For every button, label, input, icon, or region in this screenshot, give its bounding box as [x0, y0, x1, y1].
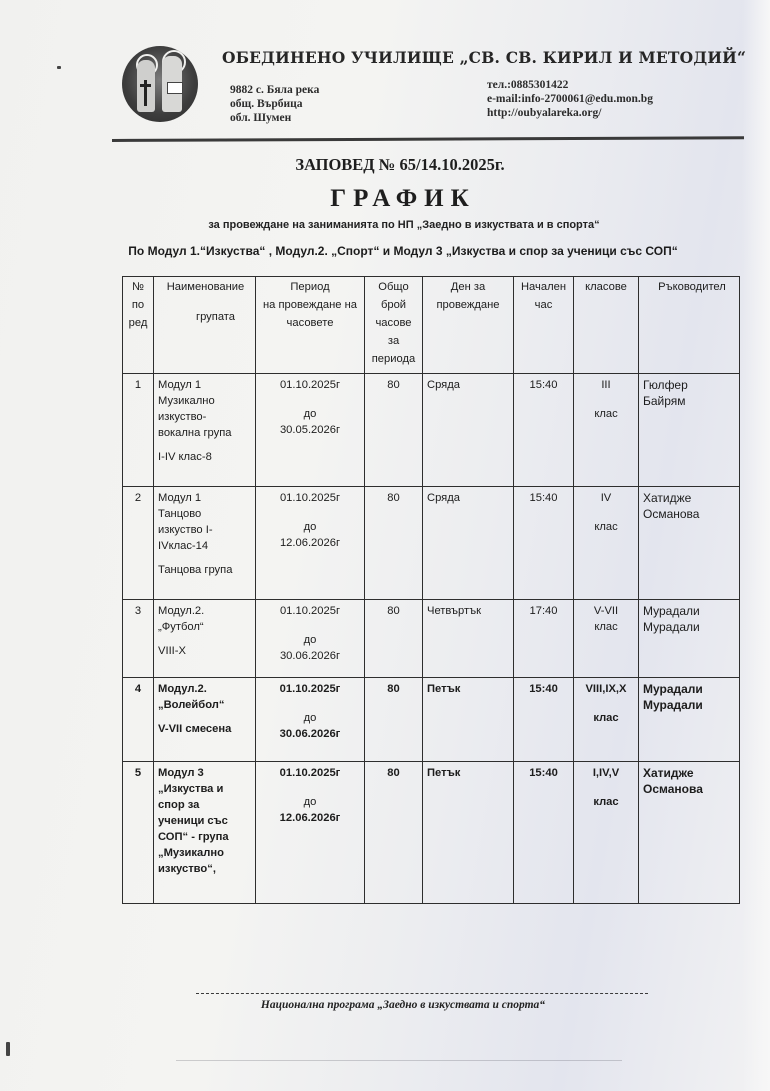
total-hours: 80 [365, 487, 423, 600]
leader-name: ГюлферБайрям [639, 374, 740, 487]
group-name-line: вокална група [158, 425, 251, 441]
classes-word: клас [578, 406, 634, 422]
group-name-line: Модул.2. [158, 603, 251, 619]
row-number: 5 [123, 762, 154, 904]
leader-name-line: Мурадали [643, 681, 735, 697]
group-name-line: СОП“ - група [158, 829, 251, 845]
group-name-extra: VIII-X [158, 643, 251, 659]
leader-name-line: Хатидже [643, 765, 735, 781]
school-address: 9882 с. Бяла река общ. Върбица обл. Шуме… [230, 83, 319, 125]
group-name-line: „Музикално [158, 845, 251, 861]
classes-cell: V-VIIклас [574, 600, 639, 678]
period-to: 30.06.2026г [260, 648, 360, 664]
header-leader: Ръководител [639, 277, 740, 374]
address-line: 9882 с. Бяла река [230, 83, 319, 97]
group-name-line: „Изкуства и [158, 781, 251, 797]
row-number: 3 [123, 600, 154, 678]
header-num: №поред [123, 277, 154, 374]
classes-cell: I,IV,Vклас [574, 762, 639, 904]
day-of-week: Сряда [423, 374, 514, 487]
period-from: 01.10.2025г [260, 377, 360, 393]
schedule-table: №поред Наименованиегрупата Периодна пров… [122, 276, 740, 904]
period-cell: 01.10.2025гдо12.06.2026г [256, 487, 365, 600]
period-from: 01.10.2025г [260, 490, 360, 506]
header-day: Ден запровеждане [423, 277, 514, 374]
bleed-through-rule [176, 1060, 622, 1061]
table-row: 1Модул 1Музикалноизкуство-вокална групаI… [123, 374, 740, 487]
period-to: 12.06.2026г [260, 810, 360, 826]
total-hours: 80 [365, 762, 423, 904]
leader-name-line: Мурадали [643, 603, 735, 619]
leader-name-line: Хатидже [643, 490, 735, 506]
table-row: 2Модул 1Танцовоизкуство I-IVклас-14Танцо… [123, 487, 740, 600]
group-name-line: „Волейбол“ [158, 697, 251, 713]
school-contacts: тел.:0885301422 e-mail:info-2700061@edu.… [487, 78, 653, 120]
period-to-word: до [260, 632, 360, 648]
school-name: ОБЕДИНЕНО УЧИЛИЩЕ „СВ. СВ. КИРИЛ И МЕТОД… [222, 48, 702, 67]
group-name: Модул.2.„Волейбол“V-VII смесена [154, 678, 256, 762]
leader-name: ХатиджеОсманова [639, 487, 740, 600]
period-to-word: до [260, 710, 360, 726]
row-number: 1 [123, 374, 154, 487]
group-name-extra: V-VII смесена [158, 721, 251, 737]
start-time: 15:40 [514, 762, 574, 904]
address-line: общ. Върбица [230, 97, 319, 111]
header-classes: класове [574, 277, 639, 374]
document-title: ГРАФИК [0, 185, 770, 213]
phone: тел.:0885301422 [487, 78, 653, 92]
period-from: 01.10.2025г [260, 603, 360, 619]
website: http://oubyalareka.org/ [487, 106, 653, 120]
leader-name: МурадалиМурадали [639, 600, 740, 678]
classes-word: клас [578, 519, 634, 535]
classes-word: клас [578, 619, 634, 635]
group-name-line: IVклас-14 [158, 538, 251, 554]
group-name-line: Музикално [158, 393, 251, 409]
group-name-line: ученици със [158, 813, 251, 829]
period-from: 01.10.2025г [260, 765, 360, 781]
period-to-word: до [260, 519, 360, 535]
classes-value: IV [578, 490, 634, 506]
group-name-line: изкуство“, [158, 861, 251, 877]
classes-word: клас [578, 710, 634, 726]
header-hours: Общобройчасовезапериода [365, 277, 423, 374]
order-title: ЗАПОВЕД № 65/14.10.2025г. [0, 155, 770, 175]
table-row: 3Модул.2.„Футбол“VIII-X01.10.2025гдо30.0… [123, 600, 740, 678]
start-time: 15:40 [514, 487, 574, 600]
period-to: 12.06.2026г [260, 535, 360, 551]
total-hours: 80 [365, 678, 423, 762]
footer-divider [196, 993, 648, 994]
header-name: Наименованиегрупата [154, 277, 256, 374]
leader-name-line: Байрям [643, 393, 735, 409]
total-hours: 80 [365, 374, 423, 487]
document-subtitle: за провеждане на заниманията по НП „Заед… [0, 219, 770, 231]
period-to: 30.05.2026г [260, 422, 360, 438]
table-row: 5Модул 3„Изкуства испор заученици съсСОП… [123, 762, 740, 904]
modules-line: По Модул 1.“Изкуства“ , Модул.2. „Спорт“… [0, 244, 770, 258]
classes-value: III [578, 377, 634, 393]
group-name-extra: Танцова група [158, 562, 251, 578]
leader-name-line: Мурадали [643, 697, 735, 713]
group-name-line: изкуство- [158, 409, 251, 425]
group-name-line: Танцово [158, 506, 251, 522]
period-to: 30.06.2026г [260, 726, 360, 742]
leader-name: МурадалиМурадали [639, 678, 740, 762]
scanned-page: ОБЕДИНЕНО УЧИЛИЩЕ „СВ. СВ. КИРИЛ И МЕТОД… [0, 0, 770, 1091]
group-name-line: Модул.2. [158, 681, 251, 697]
start-time: 15:40 [514, 678, 574, 762]
group-name-line: „Футбол“ [158, 619, 251, 635]
classes-value: VIII,IX,X [578, 681, 634, 697]
row-number: 4 [123, 678, 154, 762]
school-emblem-icon [122, 46, 198, 122]
day-of-week: Петък [423, 762, 514, 904]
classes-value: I,IV,V [578, 765, 634, 781]
day-of-week: Петък [423, 678, 514, 762]
leader-name: ХатиджеОсманова [639, 762, 740, 904]
group-name: Модул 3„Изкуства испор заученици съсСОП“… [154, 762, 256, 904]
group-name-line: Модул 1 [158, 377, 251, 393]
group-name-line: спор за [158, 797, 251, 813]
group-name-line: Модул 3 [158, 765, 251, 781]
period-cell: 01.10.2025гдо30.05.2026г [256, 374, 365, 487]
classes-cell: IVклас [574, 487, 639, 600]
row-number: 2 [123, 487, 154, 600]
group-name: Модул 1Танцовоизкуство I-IVклас-14Танцов… [154, 487, 256, 600]
classes-cell: IIIклас [574, 374, 639, 487]
group-name: Модул.2.„Футбол“VIII-X [154, 600, 256, 678]
classes-word: клас [578, 794, 634, 810]
leader-name-line: Османова [643, 506, 735, 522]
group-name-line: изкуство I- [158, 522, 251, 538]
scan-speck [57, 66, 61, 69]
leader-name-line: Османова [643, 781, 735, 797]
day-of-week: Сряда [423, 487, 514, 600]
classes-cell: VIII,IX,Xклас [574, 678, 639, 762]
header-start-time: Началенчас [514, 277, 574, 374]
leader-name-line: Мурадали [643, 619, 735, 635]
period-from: 01.10.2025г [260, 681, 360, 697]
period-to-word: до [260, 794, 360, 810]
table-row: 4Модул.2.„Волейбол“V-VII смесена01.10.20… [123, 678, 740, 762]
classes-value: V-VII [578, 603, 634, 619]
group-name: Модул 1Музикалноизкуство-вокална групаI-… [154, 374, 256, 487]
leader-name-line: Гюлфер [643, 377, 735, 393]
period-cell: 01.10.2025гдо30.06.2026г [256, 600, 365, 678]
group-name-extra: I-IV клас-8 [158, 449, 251, 465]
table-header-row: №поред Наименованиегрупата Периодна пров… [123, 277, 740, 374]
day-of-week: Четвъртък [423, 600, 514, 678]
total-hours: 80 [365, 600, 423, 678]
group-name-line: Модул 1 [158, 490, 251, 506]
period-cell: 01.10.2025гдо30.06.2026г [256, 678, 365, 762]
start-time: 15:40 [514, 374, 574, 487]
address-line: обл. Шумен [230, 111, 319, 125]
email: e-mail:info-2700061@edu.mon.bg [487, 92, 653, 106]
period-to-word: до [260, 406, 360, 422]
start-time: 17:40 [514, 600, 574, 678]
footer-program-name: Национална програма „Заедно в изкуствата… [0, 999, 770, 1011]
header-period: Периодна провеждане начасовете [256, 277, 365, 374]
period-cell: 01.10.2025гдо12.06.2026г [256, 762, 365, 904]
letterhead-divider [112, 136, 744, 142]
scan-speck [6, 1042, 10, 1056]
